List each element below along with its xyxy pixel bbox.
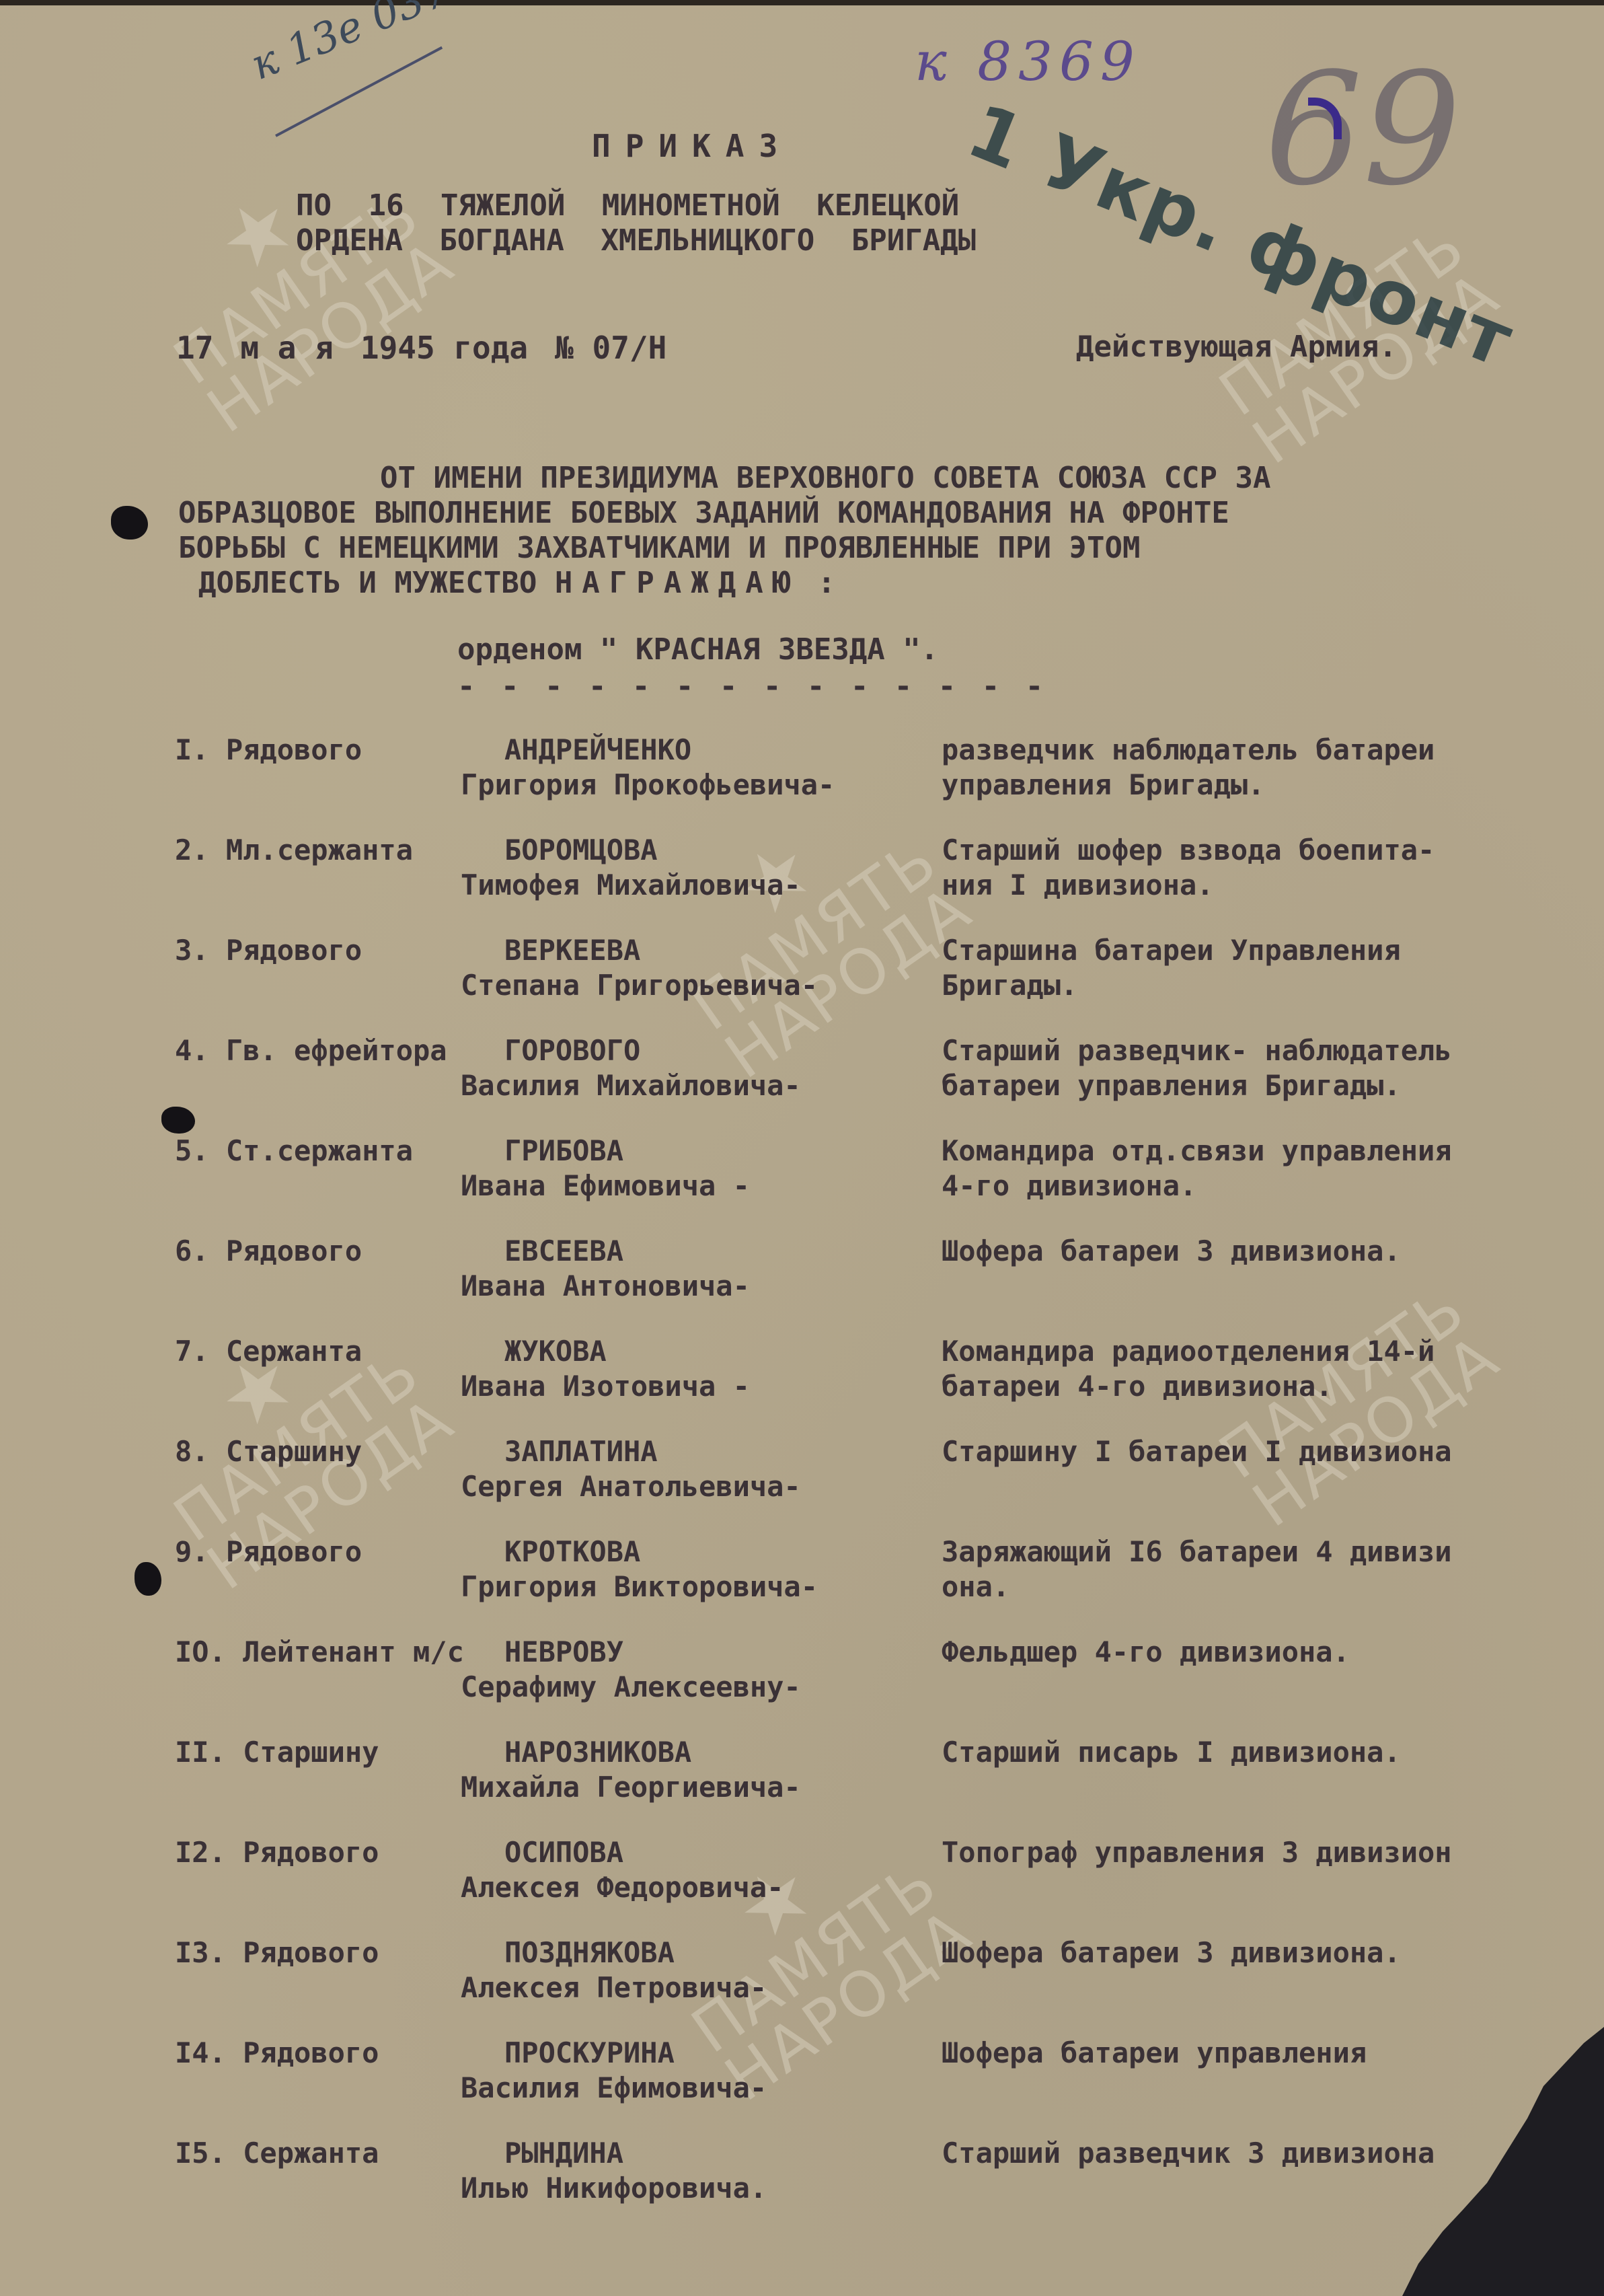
preamble-line: ОБРАЗЦОВОЕ ВЫПОЛНЕНИЕ БОЕВЫХ ЗАДАНИЙ КОМ… xyxy=(178,496,1517,531)
awardee-role: Заряжающий I6 батареи 4 дивизи xyxy=(942,1535,1452,1568)
awardee-surname: ПОЗДНЯКОВА xyxy=(504,1936,675,1969)
awardee-given-name: Ивана Ефимовича - xyxy=(461,1169,750,1202)
awardee-role: Командира радиоотделения 14-й xyxy=(942,1335,1435,1368)
awardee-given-name: Григория Прокофьевича- xyxy=(461,768,835,801)
page-number: 69 xyxy=(1264,40,1461,220)
awardee-entry: II. СтаршинуНАРОЗНИКОВАМихайла Георгиеви… xyxy=(155,1736,1567,1836)
awardee-given-name: Ивана Изотовича - xyxy=(461,1370,750,1403)
awardee-list: I. РядовогоАНДРЕЙЧЕНКОГригория Прокофьев… xyxy=(155,733,1567,2237)
awardee-role-continued: батареи управления Бригады. xyxy=(942,1069,1401,1102)
awardee-role: Шофера батареи управления xyxy=(942,2036,1367,2069)
awardee-surname: ОСИПОВА xyxy=(504,1836,623,1869)
awardee-rank: IO. Лейтенант м/с xyxy=(175,1635,464,1668)
awardee-role: Старшина батареи Управления xyxy=(942,934,1401,967)
awardee-surname: ПРОСКУРИНА xyxy=(504,2036,675,2069)
scan-top-edge xyxy=(0,0,1604,5)
awardee-given-name: Алексея Федоровича- xyxy=(461,1871,784,1904)
awardee-given-name: Василия Михайловича- xyxy=(461,1069,801,1102)
awardee-rank: I4. Рядового xyxy=(175,2036,379,2069)
order-date-line: 17м а я1945 года№ 07/Н xyxy=(176,330,693,366)
subtitle-line: ОРДЕНА БОГДАНА ХМЕЛЬНИЦКОГО БРИГАДЫ xyxy=(296,223,976,258)
preamble-text: ДОБЛЕСТЬ И МУЖЕСТВО xyxy=(198,566,555,600)
awardee-role-continued: батареи 4-го дивизиона. xyxy=(942,1370,1333,1403)
preamble: ОТ ИМЕНИ ПРЕЗИДИУМА ВЕРХОВНОГО СОВЕТА СО… xyxy=(178,461,1517,601)
awardee-surname: АНДРЕЙЧЕНКО xyxy=(504,733,691,766)
awardee-given-name: Сергея Анатольевича- xyxy=(461,1470,801,1503)
awardee-role: Шофера батареи 3 дивизиона. xyxy=(942,1234,1401,1267)
awardee-role-continued: Бригады. xyxy=(942,969,1077,1002)
awardee-rank: 5. Ст.сержанта xyxy=(175,1134,413,1167)
awardee-given-name: Степана Григорьевича- xyxy=(461,969,818,1002)
awardee-role: Старший разведчик 3 дивизиона xyxy=(942,2137,1435,2170)
awardee-role: Фельдшер 4-го дивизиона. xyxy=(942,1635,1350,1668)
awardee-role-continued: управления Бригады. xyxy=(942,768,1264,801)
awardee-rank: 7. Сержанта xyxy=(175,1335,362,1368)
awardee-rank: 9. Рядового xyxy=(175,1535,362,1568)
awardee-entry: IO. Лейтенант м/сНЕВРОВУСерафиму Алексее… xyxy=(155,1635,1567,1736)
awardee-surname: ЕВСЕЕВА xyxy=(504,1234,623,1267)
preamble-text: : xyxy=(800,566,835,600)
awardee-entry: 5. Ст.сержантаГРИБОВАИвана Ефимовича -Ко… xyxy=(155,1134,1567,1234)
date-month: м а я xyxy=(240,330,333,366)
preamble-line: БОРЬБЫ С НЕМЕЦКИМИ ЗАХВАТЧИКАМИ И ПРОЯВЛ… xyxy=(178,531,1517,566)
awardee-entry: 4. Гв. ефрейтораГОРОВОГОВасилия Михайлов… xyxy=(155,1034,1567,1134)
document-title: ПРИКАЗ xyxy=(592,128,792,164)
awardee-entry: 2. Мл.сержантаБОРОМЦОВАТимофея Михайлови… xyxy=(155,834,1567,934)
subtitle-line: ПО 16 ТЯЖЕЛОЙ МИНОМЕТНОЙ КЕЛЕЦКОЙ xyxy=(296,188,959,223)
awardee-given-name: Григория Викторовича- xyxy=(461,1570,818,1603)
awardee-given-name: Серафиму Алексеевну- xyxy=(461,1670,801,1703)
order-number: № 07/Н xyxy=(555,330,666,366)
awardee-entry: 8. СтаршинуЗАПЛАТИНАСергея Анатольевича-… xyxy=(155,1435,1567,1535)
preamble-line: ДОБЛЕСТЬ И МУЖЕСТВО НАГРАЖДАЮ : xyxy=(178,566,1517,601)
awardee-given-name: Михайла Георгиевича- xyxy=(461,1771,801,1804)
awardee-role-continued: она. xyxy=(942,1570,1009,1603)
award-verb: НАГРАЖДАЮ xyxy=(555,566,800,600)
awardee-role: Командира отд.связи управления xyxy=(942,1134,1452,1167)
awardee-rank: I. Рядового xyxy=(175,733,362,766)
awardee-rank: 8. Старшину xyxy=(175,1435,362,1468)
awardee-surname: ГОРОВОГО xyxy=(504,1034,640,1067)
awardee-entry: I2. РядовогоОСИПОВААлексея Федоровича-То… xyxy=(155,1836,1567,1936)
awardee-rank: I2. Рядового xyxy=(175,1836,379,1869)
awardee-entry: I5. СержантаРЫНДИНАИлью Никифоровича.Ста… xyxy=(155,2137,1567,2237)
awardee-entry: I3. РядовогоПОЗДНЯКОВААлексея Петровича-… xyxy=(155,1936,1567,2036)
awardee-entry: 9. РядовогоКРОТКОВАГригория Викторовича-… xyxy=(155,1535,1567,1635)
awardee-role: Старшину I батареи I дивизиона xyxy=(942,1435,1452,1468)
preamble-line: ОТ ИМЕНИ ПРЕЗИДИУМА ВЕРХОВНОГО СОВЕТА СО… xyxy=(178,461,1517,496)
awardee-entry: I. РядовогоАНДРЕЙЧЕНКОГригория Прокофьев… xyxy=(155,733,1567,834)
awardee-role-continued: ния I дивизиона. xyxy=(942,868,1214,901)
awardee-entry: 6. РядовогоЕВСЕЕВАИвана Антоновича-Шофер… xyxy=(155,1234,1567,1335)
handwritten-number: к 8369 xyxy=(915,30,1141,93)
separator-dashes: - - - - - - - - - - - - - - xyxy=(457,669,1047,704)
awardee-entry: 3. РядовогоВЕРКЕЕВАСтепана Григорьевича-… xyxy=(155,934,1567,1034)
awardee-role-continued: 4-го дивизиона. xyxy=(942,1169,1196,1202)
awardee-surname: БОРОМЦОВА xyxy=(504,834,658,866)
awardee-rank: II. Старшину xyxy=(175,1736,379,1769)
awardee-given-name: Тимофея Михайловича- xyxy=(461,868,801,901)
awardee-role: Старший шофер взвода боепита- xyxy=(942,834,1435,866)
date-day: 17 xyxy=(176,330,213,366)
awardee-surname: ЖУКОВА xyxy=(504,1335,607,1368)
order-name: орденом " КРАСНАЯ ЗВЕЗДА ". xyxy=(457,632,938,667)
document-subtitle: ПО 16 ТЯЖЕЛОЙ МИНОМЕТНОЙ КЕЛЕЦКОЙ ОРДЕНА… xyxy=(296,188,976,258)
awardee-given-name: Алексея Петровича- xyxy=(461,1971,767,2004)
awardee-role: разведчик наблюдатель батареи xyxy=(942,733,1435,766)
awardee-rank: I5. Сержанта xyxy=(175,2137,379,2170)
awardee-rank: 2. Мл.сержанта xyxy=(175,834,413,866)
awardee-rank: 4. Гв. ефрейтора xyxy=(175,1034,447,1067)
awardee-surname: ГРИБОВА xyxy=(504,1134,623,1167)
awardee-rank: I3. Рядового xyxy=(175,1936,379,1969)
awardee-given-name: Василия Ефимовича- xyxy=(461,2071,767,2104)
location-label: Действующая Армия. xyxy=(1076,330,1397,364)
awardee-entry: I4. РядовогоПРОСКУРИНАВасилия Ефимовича-… xyxy=(155,2036,1567,2137)
awardee-rank: 6. Рядового xyxy=(175,1234,362,1267)
awardee-role: Шофера батареи 3 дивизиона. xyxy=(942,1936,1401,1969)
awardee-given-name: Илью Никифоровича. xyxy=(461,2172,767,2205)
awardee-surname: НЕВРОВУ xyxy=(504,1635,623,1668)
awardee-given-name: Ивана Антоновича- xyxy=(461,1269,750,1302)
awardee-role: Старший писарь I дивизиона. xyxy=(942,1736,1401,1769)
awardee-surname: ЗАПЛАТИНА xyxy=(504,1435,658,1468)
awardee-surname: НАРОЗНИКОВА xyxy=(504,1736,691,1769)
awardee-rank: 3. Рядового xyxy=(175,934,362,967)
awardee-surname: ВЕРКЕЕВА xyxy=(504,934,640,967)
awardee-role: Старший разведчик- наблюдатель xyxy=(942,1034,1452,1067)
awardee-surname: РЫНДИНА xyxy=(504,2137,623,2170)
awardee-entry: 7. СержантаЖУКОВАИвана Изотовича -Команд… xyxy=(155,1335,1567,1435)
date-year: 1945 года xyxy=(360,330,528,366)
awardee-role: Топограф управления 3 дивизион xyxy=(942,1836,1452,1869)
awardee-surname: КРОТКОВА xyxy=(504,1535,640,1568)
